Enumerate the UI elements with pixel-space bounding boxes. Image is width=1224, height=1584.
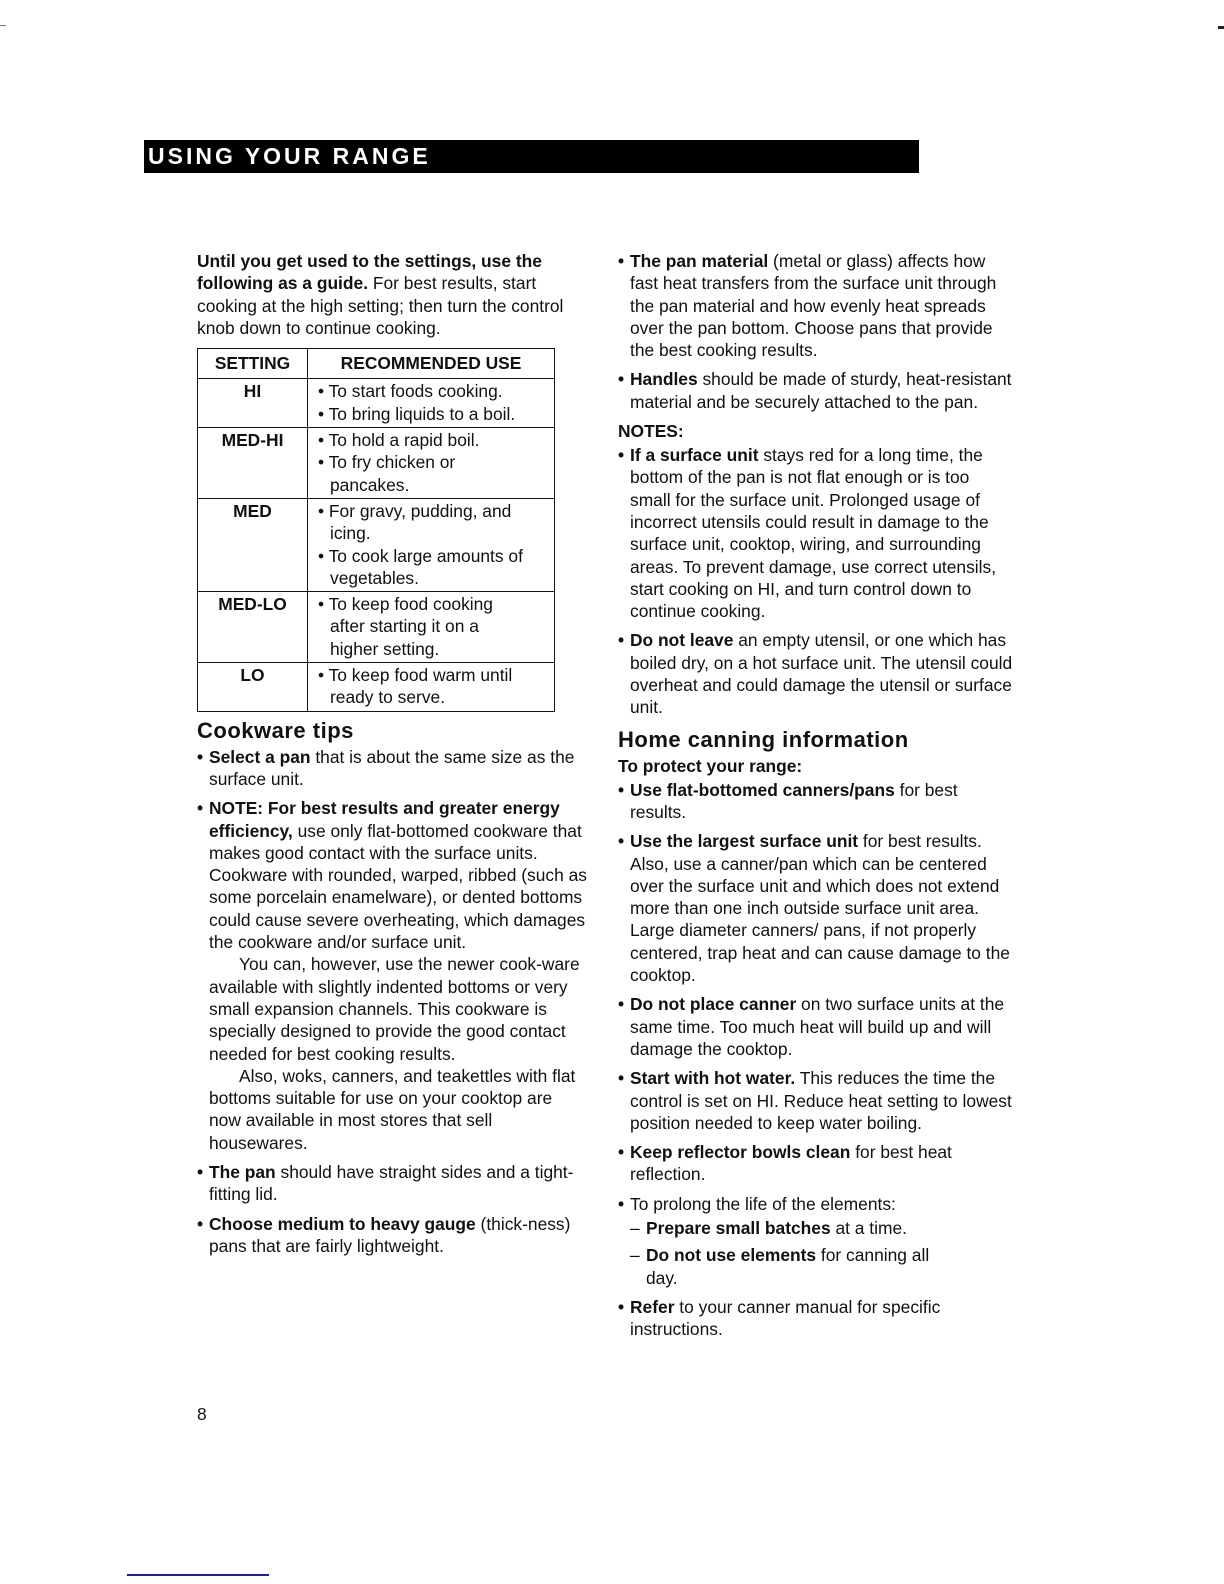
- item-text: To prolong the life of the elements:: [630, 1194, 896, 1214]
- list-item: Refer to your canner manual for specific…: [618, 1296, 1013, 1341]
- cookware-list: Select a pan that is about the same size…: [197, 746, 587, 1258]
- page-number: 8: [197, 1404, 207, 1425]
- list-item: If a surface unit stays red for a long t…: [618, 444, 1013, 622]
- setting-cell: MED-HI: [198, 428, 308, 499]
- item-text: to your canner manual for specific instr…: [630, 1297, 940, 1339]
- list-item: NOTE: For best results and greater energ…: [197, 797, 587, 1154]
- list-item: The pan should have straight sides and a…: [197, 1161, 587, 1206]
- footer-rule: [127, 1574, 269, 1576]
- use-cell: • To start foods cooking. • To bring liq…: [308, 379, 555, 428]
- list-item: Use the largest surface unit for best re…: [618, 830, 1013, 986]
- notes-heading: NOTES:: [618, 420, 1013, 442]
- item-bold: The pan material: [630, 251, 768, 271]
- list-item: The pan material (metal or glass) affect…: [618, 250, 1013, 361]
- intro-paragraph: Until you get used to the settings, use …: [197, 250, 587, 339]
- setting-cell: LO: [198, 663, 308, 712]
- column-header-recommended-use: RECOMMENDED USE: [308, 349, 555, 379]
- use-cell: • For gravy, pudding, and icing. • To co…: [308, 498, 555, 591]
- item-bold: Prepare small batches: [646, 1218, 831, 1238]
- use-line: • To keep food cooking after starting it…: [318, 593, 530, 660]
- sub-list-item: Do not use elements for canning all day.: [630, 1244, 946, 1289]
- list-item: Keep reflector bowls clean for best heat…: [618, 1141, 1013, 1186]
- item-bold: The pan: [209, 1162, 276, 1182]
- item-text: for best results. Also, use a canner/pan…: [630, 831, 1010, 985]
- column-header-setting: SETTING: [198, 349, 308, 379]
- use-line: • To keep food warm until ready to serve…: [318, 664, 550, 709]
- item-bold: Do not place canner: [630, 994, 796, 1014]
- table-row: MED-HI • To hold a rapid boil. • To fry …: [198, 428, 555, 499]
- table-row: MED-LO • To keep food cooking after star…: [198, 592, 555, 663]
- use-line: • To fry chicken or pancakes.: [318, 451, 495, 496]
- use-cell: • To keep food cooking after starting it…: [308, 592, 555, 663]
- item-bold: Do not leave: [630, 630, 733, 650]
- list-item: Start with hot water. This reduces the t…: [618, 1067, 1013, 1134]
- item-bold: If a surface unit: [630, 445, 759, 465]
- setting-cell: MED-LO: [198, 592, 308, 663]
- item-bold: Select a pan: [209, 747, 311, 767]
- note-paragraph: Also, woks, canners, and teakettles with…: [209, 1065, 587, 1154]
- canning-sub-list: Prepare small batches at a time. Do not …: [630, 1217, 1013, 1289]
- item-text: at a time.: [831, 1218, 907, 1238]
- use-line: • For gravy, pudding, and icing.: [318, 500, 545, 545]
- canning-subheading: To protect your range:: [618, 755, 1013, 777]
- list-item: Handles should be made of sturdy, heat-r…: [618, 368, 1013, 413]
- list-item: Use flat-bottomed canners/pans for best …: [618, 779, 1013, 824]
- item-bold: Use the largest surface unit: [630, 831, 858, 851]
- list-item: Do not place canner on two surface units…: [618, 993, 1013, 1060]
- item-bold: Use flat-bottomed canners/pans: [630, 780, 895, 800]
- item-bold: Choose medium to heavy gauge: [209, 1214, 476, 1234]
- canning-heading: Home canning information: [618, 727, 1013, 753]
- section-header-bar: USING YOUR RANGE: [144, 140, 919, 173]
- setting-cell: HI: [198, 379, 308, 428]
- use-cell: • To keep food warm until ready to serve…: [308, 663, 555, 712]
- right-column: The pan material (metal or glass) affect…: [618, 250, 1013, 1347]
- settings-table: SETTING RECOMMENDED USE HI • To start fo…: [197, 348, 555, 711]
- table-row: LO • To keep food warm until ready to se…: [198, 663, 555, 712]
- use-line: • To cook large amounts of vegetables.: [318, 545, 545, 590]
- table-header-row: SETTING RECOMMENDED USE: [198, 349, 555, 379]
- item-bold: Refer: [630, 1297, 674, 1317]
- list-item: Choose medium to heavy gauge (thick-ness…: [197, 1213, 587, 1258]
- table-row: MED • For gravy, pudding, and icing. • T…: [198, 498, 555, 591]
- use-line: • To bring liquids to a boil.: [318, 403, 550, 425]
- left-column: Until you get used to the settings, use …: [197, 250, 587, 1264]
- table-row: HI • To start foods cooking. • To bring …: [198, 379, 555, 428]
- item-bold: Keep reflector bowls clean: [630, 1142, 850, 1162]
- notes-list: If a surface unit stays red for a long t…: [618, 444, 1013, 719]
- note-paragraph: You can, however, use the newer cook-war…: [209, 953, 587, 1064]
- sub-list-item: Prepare small batches at a time.: [630, 1217, 1013, 1239]
- scan-mark: [1218, 26, 1224, 29]
- use-cell: • To hold a rapid boil. • To fry chicken…: [308, 428, 555, 499]
- list-item: To prolong the life of the elements: Pre…: [618, 1193, 1013, 1289]
- item-bold: Do not use elements: [646, 1245, 816, 1265]
- cookware-heading: Cookware tips: [197, 718, 587, 744]
- use-line: • To start foods cooking.: [318, 380, 550, 402]
- cookware-list-continued: The pan material (metal or glass) affect…: [618, 250, 1013, 413]
- list-item: Do not leave an empty utensil, or one wh…: [618, 629, 1013, 718]
- canning-list: Use flat-bottomed canners/pans for best …: [618, 779, 1013, 1341]
- setting-cell: MED: [198, 498, 308, 591]
- item-bold: Start with hot water.: [630, 1068, 795, 1088]
- item-bold: Handles: [630, 369, 698, 389]
- scan-mark: [0, 25, 6, 26]
- section-title: USING YOUR RANGE: [148, 142, 431, 171]
- list-item: Select a pan that is about the same size…: [197, 746, 587, 791]
- use-line: • To hold a rapid boil.: [318, 429, 550, 451]
- item-text: stays red for a long time, the bottom of…: [630, 445, 996, 621]
